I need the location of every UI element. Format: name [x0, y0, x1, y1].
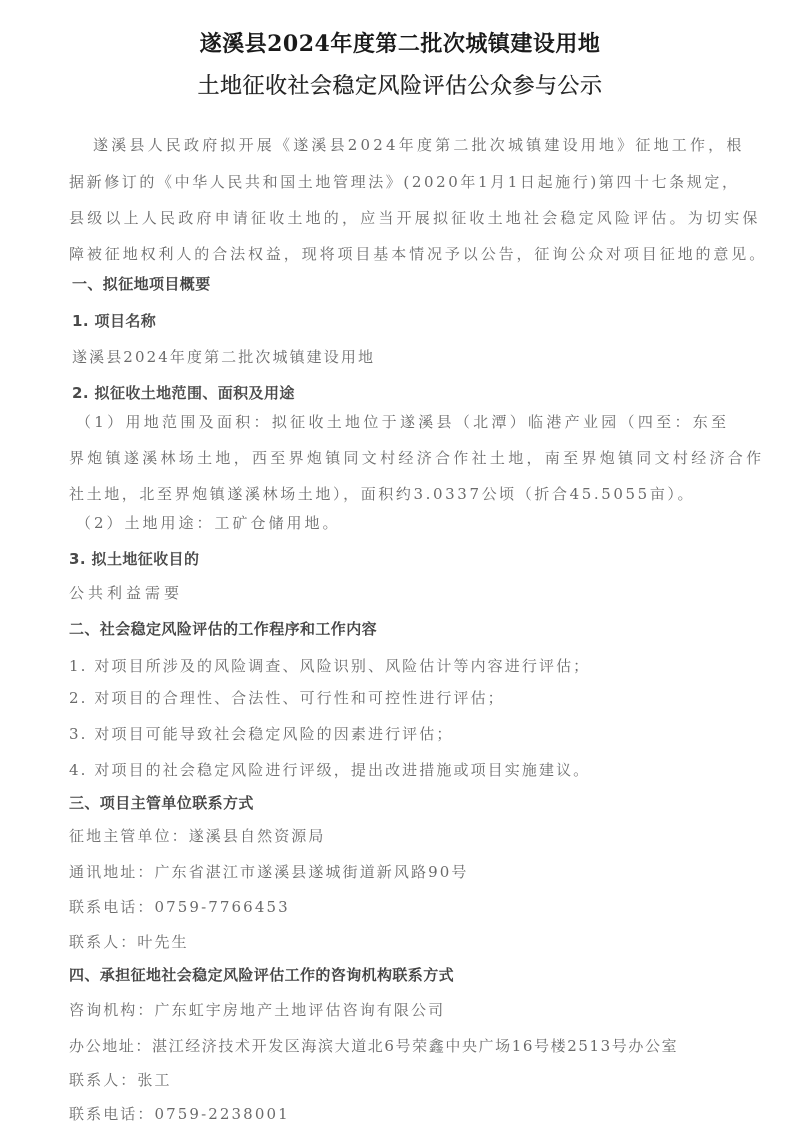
procedure-item-4: 4. 对项目的社会稳定风险进行评级，提出改进措施或项目实施建议。	[69, 760, 590, 780]
procedure-item-1: 1. 对项目所涉及的风险调查、风险识别、风险估计等内容进行评估；	[69, 656, 590, 676]
authority-address: 通讯地址：广东省湛江市遂溪县遂城街道新风路90号	[69, 862, 469, 882]
procedure-item-3: 3. 对项目可能导致社会稳定风险的因素进行评估；	[69, 724, 453, 744]
section-1-item-1-heading: 1. 项目名称	[72, 311, 156, 331]
public-notice-document: 遂溪县2024年度第二批次城镇建设用地 土地征收社会稳定风险评估公众参与公示 遂…	[0, 0, 800, 1146]
consultancy-contact: 联系人：张工	[69, 1070, 172, 1090]
purpose-text: 公共利益需要	[69, 583, 183, 603]
consultancy-address: 办公地址：湛江经济技术开发区海滨大道北6号荣鑫中央广场16号楼2513号办公室	[69, 1036, 678, 1056]
procedure-item-2: 2. 对项目的合理性、合法性、可行性和可控性进行评估；	[69, 688, 505, 708]
project-name-text: 遂溪县2024年度第二批次城镇建设用地	[72, 347, 375, 367]
section-4-heading: 四、承担征地社会稳定风险评估工作的咨询机构联系方式	[69, 965, 454, 985]
authority-contact: 联系人：叶先生	[69, 932, 189, 952]
intro-line-2: 据新修订的《中华人民共和国土地管理法》(2020年1月1日起施行)第四十七条规定…	[69, 172, 740, 192]
scope-line-1: （1）用地范围及面积：拟征收土地位于遂溪县（北潭）临港产业园（四至：东至	[76, 412, 729, 432]
section-1-heading: 一、拟征地项目概要	[72, 274, 211, 294]
authority-unit: 征地主管单位：遂溪县自然资源局	[69, 826, 326, 846]
scope-line-3: 社土地，北至界炮镇遂溪林场土地），面积约3.0337公顷（折合45.5055亩）…	[69, 484, 695, 504]
consultancy-phone: 联系电话：0759-2238001	[69, 1104, 290, 1124]
land-usage-text: （2）土地用途：工矿仓储用地。	[76, 513, 341, 533]
authority-phone: 联系电话：0759-7766453	[69, 897, 290, 917]
consultancy-agency: 咨询机构：广东虹宇房地产土地评估咨询有限公司	[69, 1000, 445, 1020]
section-3-heading: 三、项目主管单位联系方式	[69, 793, 254, 813]
intro-line-3: 县级以上人民政府申请征收土地的，应当开展拟征收土地社会稳定风险评估。为切实保	[69, 208, 761, 228]
document-title-line1: 遂溪县2024年度第二批次城镇建设用地	[0, 27, 800, 58]
intro-line-4: 障被征地权利人的合法权益，现将项目基本情况予以公告，征询公众对项目征地的意见。	[69, 244, 767, 264]
section-2-heading: 二、社会稳定风险评估的工作程序和工作内容	[69, 619, 377, 639]
section-1-item-2-heading: 2. 拟征收土地范围、面积及用途	[72, 383, 295, 403]
section-1-item-3-heading: 3. 拟土地征收目的	[69, 549, 199, 569]
scope-line-2: 界炮镇遂溪林场土地，西至界炮镇同文村经济合作社土地，南至界炮镇同文村经济合作	[69, 448, 764, 468]
intro-line-1: 遂溪县人民政府拟开展《遂溪县2024年度第二批次城镇建设用地》征地工作，根	[93, 135, 745, 155]
document-title-line2: 土地征收社会稳定风险评估公众参与公示	[0, 69, 800, 100]
